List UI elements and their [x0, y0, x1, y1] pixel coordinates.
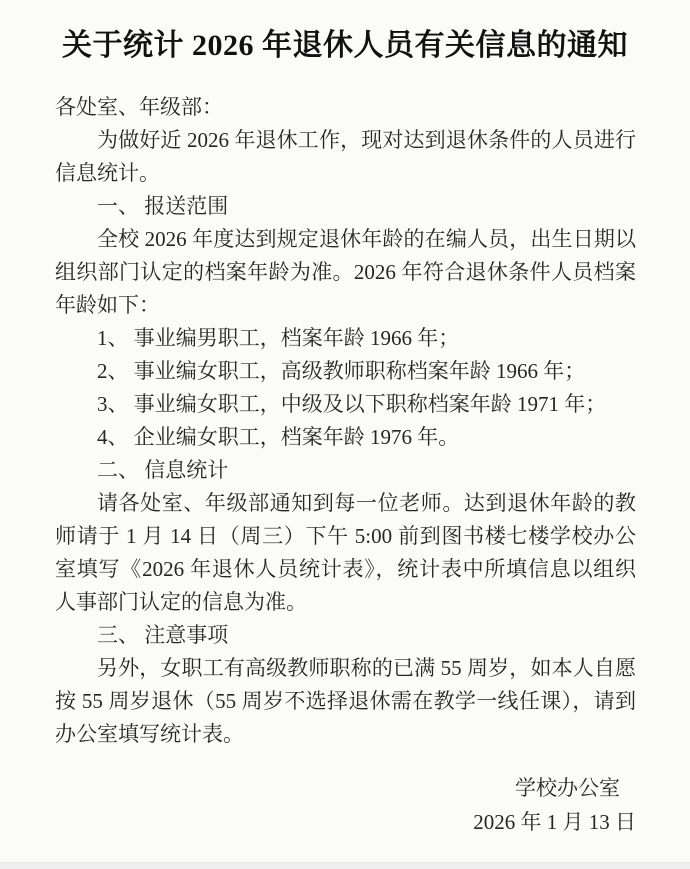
- list-item-4: 4、 企业编女职工，档案年龄 1976 年。: [55, 421, 636, 454]
- signature-org: 学校办公室: [55, 771, 636, 805]
- intro-paragraph: 为做好近 2026 年退休工作，现对达到退休条件的人员进行信息统计。: [55, 124, 636, 190]
- section-1-heading: 一、 报送范围: [55, 190, 636, 223]
- list-item-3: 3、 事业编女职工，中级及以下职称档案年龄 1971 年；: [55, 388, 636, 421]
- signature-block: 学校办公室 2026 年 1 月 13 日: [55, 771, 636, 839]
- section-3-body: 另外，女职工有高级教师职称的已满 55 周岁，如本人自愿按 55 周岁退休（55…: [55, 652, 636, 751]
- section-3-heading: 三、 注意事项: [55, 619, 636, 652]
- section-2-heading: 二、 信息统计: [55, 454, 636, 487]
- bottom-strip: [0, 862, 690, 869]
- document-body: 各处室、年级部： 为做好近 2026 年退休工作，现对达到退休条件的人员进行信息…: [55, 91, 636, 839]
- list-item-1: 1、 事业编男职工，档案年龄 1966 年；: [55, 322, 636, 355]
- notice-document-page: 关于统计 2026 年退休人员有关信息的通知 各处室、年级部： 为做好近 202…: [0, 0, 690, 869]
- salutation: 各处室、年级部：: [55, 91, 636, 124]
- section-1-body: 全校 2026 年度达到规定退休年龄的在编人员，出生日期以组织部门认定的档案年龄…: [55, 223, 636, 322]
- list-item-2: 2、 事业编女职工，高级教师职称档案年龄 1966 年；: [55, 355, 636, 388]
- section-2-body: 请各处室、年级部通知到每一位老师。达到退休年龄的教师请于 1 月 14 日（周三…: [55, 487, 636, 619]
- signature-date: 2026 年 1 月 13 日: [55, 805, 636, 839]
- document-title: 关于统计 2026 年退休人员有关信息的通知: [38, 25, 652, 67]
